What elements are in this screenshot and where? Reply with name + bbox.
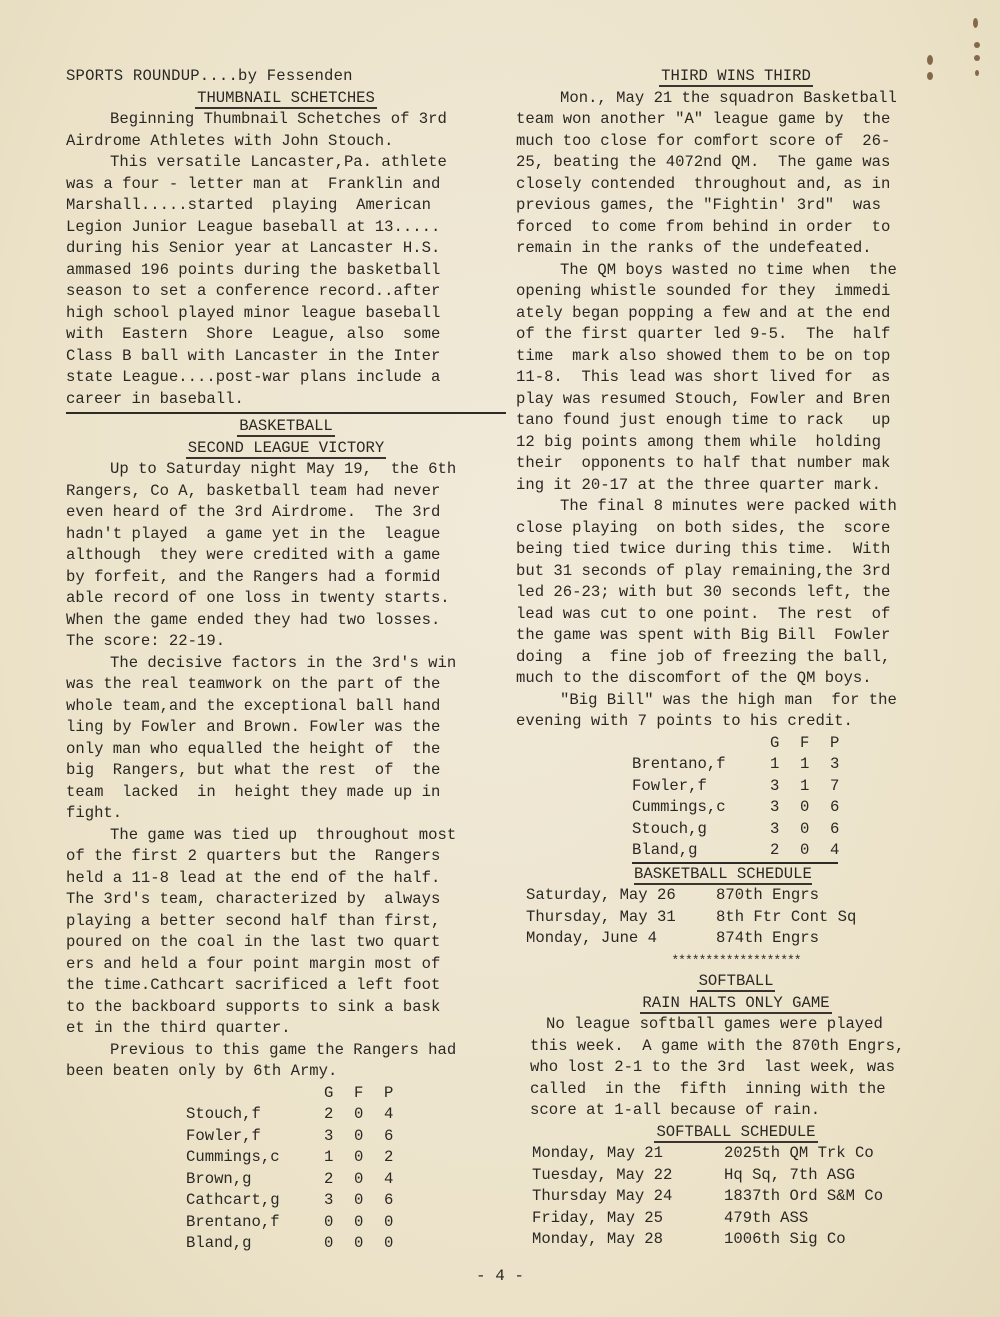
right-column: THIRD WINS THIRD Mon., May 21 the squadr… <box>516 66 956 1251</box>
text-line: Previous to this game the Rangers had <box>66 1040 506 1062</box>
text-line: led 26-23; with but 30 seconds left, the <box>516 582 956 604</box>
text-line: closely contended throughout and, as in <box>516 174 956 196</box>
text-line: was the real teamwork on the part of the <box>66 674 506 696</box>
text-line: who lost 2-1 to the 3rd last week, was <box>516 1057 956 1079</box>
softball-heading: SOFTBALL <box>516 971 956 993</box>
text-line: poured on the coal in the last two quart <box>66 932 506 954</box>
text-line: Beginning Thumbnail Schetches of 3rd <box>66 109 506 131</box>
binder-mark <box>974 42 980 48</box>
text-line: only man who equalled the height of the <box>66 739 506 761</box>
text-line: ers and held a four point margin most of <box>66 954 506 976</box>
softball-subheading: RAIN HALTS ONLY GAME <box>516 993 956 1015</box>
third-wins-heading: THIRD WINS THIRD <box>516 66 956 88</box>
text-line: playing a better second half than first, <box>66 911 506 933</box>
left-column: SPORTS ROUNDUP....by Fessenden THUMBNAIL… <box>66 66 506 1255</box>
text-line: previous games, the "Fightin' 3rd" was <box>516 195 956 217</box>
text-line: Marshall.....started playing American <box>66 195 506 217</box>
text-line: opening whistle sounded for they immedi <box>516 281 956 303</box>
text-line: The final 8 minutes were packed with <box>516 496 956 518</box>
table-row: Stouch,g306 <box>632 819 860 841</box>
text-line: but 31 seconds of play remaining,the 3rd <box>516 561 956 583</box>
third-wins-article: Mon., May 21 the squadron Basketball tea… <box>516 88 956 733</box>
text-line: to the backboard supports to sink a bask <box>66 997 506 1019</box>
softball-schedule-heading: SOFTBALL SCHEDULE <box>516 1122 956 1144</box>
text-line: No league softball games were played <box>516 1014 956 1036</box>
binder-mark <box>927 55 933 65</box>
text-line: with Eastern Shore League, also some <box>66 324 506 346</box>
softball-schedule: Monday, May 212025th QM Trk Co Tuesday, … <box>532 1143 883 1251</box>
text-line: season to set a conference record..after <box>66 281 506 303</box>
text-line: doing a fine job of freezing the ball, <box>516 647 956 669</box>
text-line: high school played minor league baseball <box>66 303 506 325</box>
text-line: been beaten only by 6th Army. <box>66 1061 506 1083</box>
table-row: Bland,g204 <box>632 840 860 862</box>
text-line: held a 11-8 lead at the end of the half. <box>66 868 506 890</box>
table-row: Thursday May 241837th Ord S&M Co <box>532 1186 883 1208</box>
asterisk-separator: ******************* <box>516 950 956 972</box>
rangers-game-box-score: G F P Stouch,f204 Fowler,f306 Cummings,c… <box>186 1083 414 1255</box>
table-row: Cummings,c306 <box>632 797 860 819</box>
text-line: score at 1-all because of rain. <box>516 1100 956 1122</box>
text-line: The decisive factors in the 3rd's win <box>66 653 506 675</box>
table-row: Friday, May 25479th ASS <box>532 1208 883 1230</box>
basketball-schedule-heading: BASKETBALL SCHEDULE <box>634 864 956 886</box>
text-line: Class B ball with Lancaster in the Inter <box>66 346 506 368</box>
table-row: Fowler,f317 <box>632 776 860 798</box>
table-row: Brentano,f113 <box>632 754 860 776</box>
text-line: although they were credited with a game <box>66 545 506 567</box>
table-row: Monday, May 212025th QM Trk Co <box>532 1143 883 1165</box>
table-row: Brentano,f000 <box>186 1212 414 1234</box>
basketball-heading: BASKETBALL <box>66 416 506 438</box>
thumbnail-article: Beginning Thumbnail Schetches of 3rd Air… <box>66 109 506 410</box>
text-line: ately began popping a few and at the end <box>516 303 956 325</box>
text-line: ling by Fowler and Brown. Fowler was the <box>66 717 506 739</box>
text-line: play was resumed Stouch, Fowler and Bren <box>516 389 956 411</box>
section-divider <box>66 412 506 414</box>
text-line: lead was cut to one point. The rest of <box>516 604 956 626</box>
text-line: "Big Bill" was the high man for the <box>516 690 956 712</box>
box-score-header: G F P <box>632 733 860 755</box>
text-line: ammased 196 points during the basketball <box>66 260 506 282</box>
thumbnail-heading: THUMBNAIL SCHETCHES <box>66 88 506 110</box>
table-row: Monday, May 281006th Sig Co <box>532 1229 883 1251</box>
text-line: much to the discomfort of the QM boys. <box>516 668 956 690</box>
table-row: Brown,g204 <box>186 1169 414 1191</box>
text-line: the game was spent with Big Bill Fowler <box>516 625 956 647</box>
text-line: team won another "A" league game by the <box>516 109 956 131</box>
basketball-schedule: Saturday, May 26870th Engrs Thursday, Ma… <box>526 885 856 950</box>
text-line: able record of one loss in twenty starts… <box>66 588 506 610</box>
table-row: Tuesday, May 22Hq Sq, 7th ASG <box>532 1165 883 1187</box>
text-line: 11-8. This lead was short lived for as <box>516 367 956 389</box>
qm-game-box-score: G F P Brentano,f113 Fowler,f317 Cummings… <box>632 733 860 862</box>
text-line: evening with 7 points to his credit. <box>516 711 956 733</box>
box-score-header: G F P <box>186 1083 414 1105</box>
text-line: When the game ended they had two losses. <box>66 610 506 632</box>
binder-mark <box>973 18 978 28</box>
text-line: of the first 2 quarters but the Rangers <box>66 846 506 868</box>
byline: SPORTS ROUNDUP....by Fessenden <box>66 66 506 88</box>
table-row: Saturday, May 26870th Engrs <box>526 885 856 907</box>
table-row: Monday, June 4874th Engrs <box>526 928 856 950</box>
text-line: Mon., May 21 the squadron Basketball <box>516 88 956 110</box>
text-line: big Rangers, but what the rest of the <box>66 760 506 782</box>
text-line: The QM boys wasted no time when the <box>516 260 956 282</box>
table-row: Cathcart,g306 <box>186 1190 414 1212</box>
text-line: of the first quarter led 9-5. The half <box>516 324 956 346</box>
text-line: whole team,and the exceptional ball hand <box>66 696 506 718</box>
table-row: Thursday, May 318th Ftr Cont Sq <box>526 907 856 929</box>
text-line: tano found just enough time to rack up <box>516 410 956 432</box>
text-line: Up to Saturday night May 19, the 6th <box>66 459 506 481</box>
softball-article: No league softball games were played thi… <box>516 1014 956 1122</box>
text-line: fight. <box>66 803 506 825</box>
text-line: during his Senior year at Lancaster H.S. <box>66 238 506 260</box>
binder-mark <box>975 70 979 76</box>
text-line: by forfeit, and the Rangers had a formid <box>66 567 506 589</box>
basketball-article: Up to Saturday night May 19, the 6th Ran… <box>66 459 506 1083</box>
text-line: The game was tied up throughout most <box>66 825 506 847</box>
text-line: close playing on both sides, the score <box>516 518 956 540</box>
text-line: Rangers, Co A, basketball team had never <box>66 481 506 503</box>
text-line: state League....post-war plans include a <box>66 367 506 389</box>
text-line: this week. A game with the 870th Engrs, <box>516 1036 956 1058</box>
text-line: forced to come from behind in order to <box>516 217 956 239</box>
text-line: time mark also showed them to be on top <box>516 346 956 368</box>
text-line: This versatile Lancaster,Pa. athlete <box>66 152 506 174</box>
text-line: the time.Cathcart sacrificed a left foot <box>66 975 506 997</box>
text-line: much too close for comfort score of 26- <box>516 131 956 153</box>
text-line: team lacked in height they made up in <box>66 782 506 804</box>
basketball-subheading: SECOND LEAGUE VICTORY <box>66 438 506 460</box>
table-row: Cummings,c102 <box>186 1147 414 1169</box>
text-line: career in baseball. <box>66 389 506 411</box>
text-line: was a four - letter man at Franklin and <box>66 174 506 196</box>
table-row: Stouch,f204 <box>186 1104 414 1126</box>
text-line: Airdrome Athletes with John Stouch. <box>66 131 506 153</box>
text-line: 12 big points among them while holding <box>516 432 956 454</box>
text-line: their opponents to half that number mak <box>516 453 956 475</box>
text-line: The score: 22-19. <box>66 631 506 653</box>
page-number: - 4 - <box>0 1267 1000 1285</box>
table-row: Fowler,f306 <box>186 1126 414 1148</box>
text-line: 25, beating the 4072nd QM. The game was <box>516 152 956 174</box>
text-line: hadn't played a game yet in the league <box>66 524 506 546</box>
text-line: remain in the ranks of the undefeated. <box>516 238 956 260</box>
text-line: called in the fifth inning with the <box>516 1079 956 1101</box>
text-line: ing it 20-17 at the three quarter mark. <box>516 475 956 497</box>
text-line: et in the third quarter. <box>66 1018 506 1040</box>
table-row: Bland,g000 <box>186 1233 414 1255</box>
binder-mark <box>974 55 980 61</box>
text-line: even heard of the 3rd Airdrome. The 3rd <box>66 502 506 524</box>
text-line: Legion Junior League baseball at 13..... <box>66 217 506 239</box>
text-line: The 3rd's team, characterized by always <box>66 889 506 911</box>
text-line: being tied twice during this time. With <box>516 539 956 561</box>
